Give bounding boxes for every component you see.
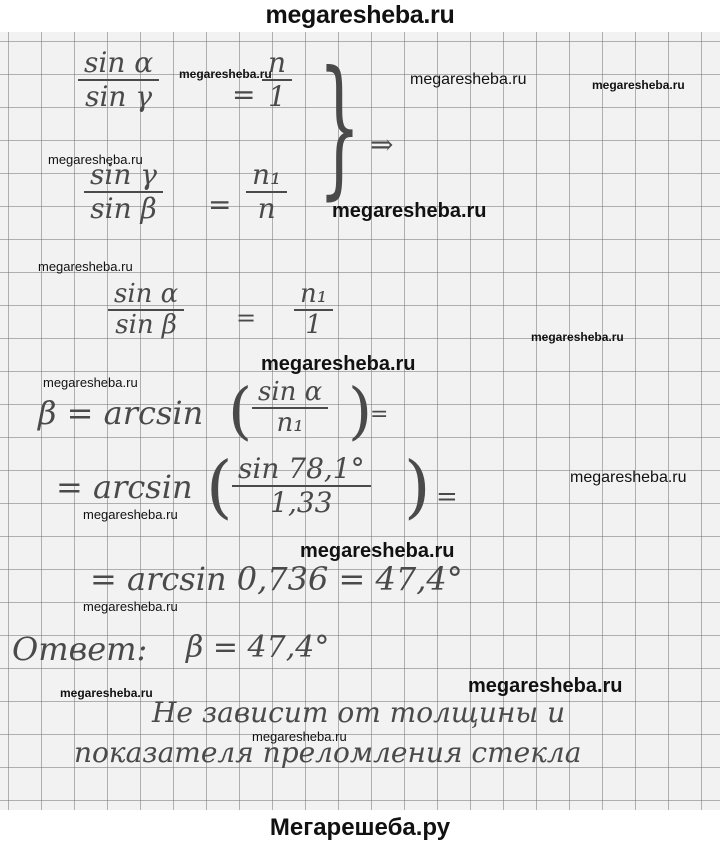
watermark: megaresheba.ru	[531, 330, 624, 344]
beta-expression-lhs: β = arcsin	[38, 394, 203, 432]
watermark: megaresheba.ru	[38, 259, 133, 274]
equation-3-left-fraction: sin α sin β	[108, 280, 184, 340]
numerator: sin α	[78, 48, 159, 81]
step-1-lhs: = arcsin	[56, 468, 193, 506]
denominator: n	[252, 193, 282, 225]
denominator: sin β	[84, 193, 162, 225]
watermark: megaresheba.ru	[261, 353, 416, 376]
watermark: megaresheba.ru	[60, 686, 153, 700]
answer-label: Ответ:	[12, 630, 147, 668]
note-line-1: Не зависит от толщины и	[152, 696, 565, 729]
watermark: megaresheba.ru	[252, 729, 347, 744]
numerator: n₁	[246, 160, 287, 193]
answer-value: β = 47,4°	[186, 630, 329, 665]
close-paren: )	[348, 374, 372, 447]
equation-3-right-fraction: n₁ 1	[294, 280, 333, 340]
site-header: megaresheba.ru	[0, 0, 720, 32]
watermark: megaresheba.ru	[332, 200, 487, 223]
watermark: megaresheba.ru	[83, 599, 178, 614]
watermark: megaresheba.ru	[300, 540, 455, 563]
denominator: sin γ	[79, 81, 158, 113]
numerator: sin α	[252, 378, 328, 409]
equals-sign: =	[370, 402, 388, 427]
curly-brace: }	[318, 42, 361, 212]
site-footer: Мегарешеба.ру	[0, 810, 720, 846]
implies-arrow: ⇒	[370, 128, 393, 161]
equation-1-left-fraction: sin α sin γ	[78, 48, 159, 113]
denominator: sin β	[109, 311, 183, 341]
denominator: 1,33	[264, 487, 338, 519]
step-2-result: = arcsin 0,736 = 47,4°	[90, 560, 463, 598]
open-paren: (	[206, 448, 233, 527]
equals-sign: =	[236, 304, 256, 332]
close-paren: )	[404, 448, 431, 527]
denominator: 1	[299, 311, 328, 341]
numerator: n₁	[294, 280, 333, 311]
watermark: megaresheba.ru	[83, 507, 178, 522]
denominator: 1	[262, 81, 292, 113]
equation-2-left-fraction: sin γ sin β	[84, 160, 163, 225]
step-1-fraction: sin 78,1° 1,33	[232, 454, 371, 519]
watermark: megaresheba.ru	[179, 67, 272, 81]
watermark: megaresheba.ru	[43, 375, 138, 390]
open-paren: (	[228, 374, 252, 447]
numerator: sin 78,1°	[232, 454, 371, 487]
watermark: megaresheba.ru	[48, 152, 143, 167]
equals-sign: =	[232, 78, 255, 111]
equals-sign: =	[208, 188, 231, 221]
denominator: n₁	[271, 409, 310, 439]
beta-fraction: sin α n₁	[252, 378, 328, 438]
watermark: megaresheba.ru	[592, 78, 685, 92]
watermark: megaresheba.ru	[570, 469, 687, 487]
equation-2-right-fraction: n₁ n	[246, 160, 287, 225]
watermark: megaresheba.ru	[410, 71, 527, 89]
numerator: sin α	[108, 280, 184, 311]
equals-sign: =	[436, 482, 458, 512]
watermark: megaresheba.ru	[468, 675, 623, 698]
